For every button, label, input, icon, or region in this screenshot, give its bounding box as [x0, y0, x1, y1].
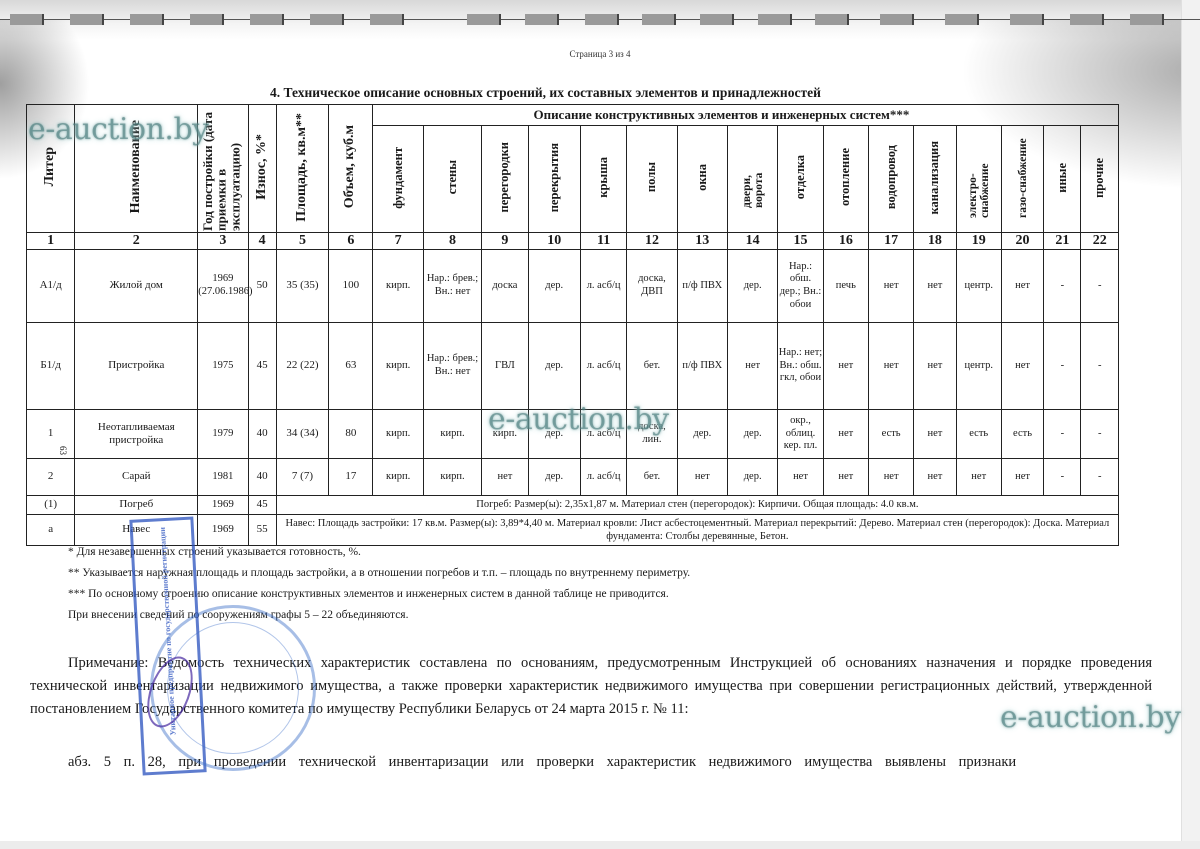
table-row: А1/дЖилой дом1969 (27.06.1986)50 35 (35)… [27, 250, 1119, 323]
col-header-electricity: электро-снабжение [956, 126, 1001, 233]
merged-description: Навес: Площадь застройки: 17 кв.м. Разме… [276, 515, 1118, 546]
col-header-doors: двери, ворота [727, 126, 777, 233]
page-edge-bottom [0, 841, 1200, 849]
watermark: e-auction.by [488, 402, 669, 437]
side-mark: 63 [58, 446, 68, 455]
page-edge-right [1181, 0, 1200, 849]
col-header-gas: газо-снабжение [1001, 126, 1043, 233]
col-header-heating: отопление [823, 126, 868, 233]
document-title: 4. Техническое описание основных строени… [270, 85, 821, 101]
table-row: 2Сарай198140 7 (7)17кирп.кирп. нетдер.л.… [27, 459, 1119, 496]
col-header-foundation: фундамент [373, 126, 423, 233]
col-header-wear: Износ, %* [248, 105, 276, 233]
page-number: Страница 3 из 4 [0, 49, 1200, 59]
col-header-walls: стены [423, 126, 481, 233]
col-header-sewerage: канализация [914, 126, 956, 233]
col-header-water: водопровод [868, 126, 913, 233]
technical-description-table: Литер Наименование Год постройки (дата п… [26, 104, 1119, 546]
col-header-other: иные [1044, 126, 1081, 233]
col-header-windows: окна [677, 126, 727, 233]
col-header-roof: крыша [580, 126, 626, 233]
col-header-misc: прочие [1081, 126, 1119, 233]
table-row-merged: (1)Погреб 196945 Погреб: Размер(ы): 2,35… [27, 496, 1119, 515]
watermark: e-auction.by [1000, 700, 1181, 735]
col-header-partitions: перегородки [482, 126, 528, 233]
col-header-floors-ceilings: перекрытия [528, 126, 580, 233]
col-header-area: Площадь, кв.м** [276, 105, 328, 233]
binder-holes [0, 10, 1200, 26]
merged-description: Погреб: Размер(ы): 2,35x1,87 м. Материал… [276, 496, 1118, 515]
watermark: e-auction.by [28, 112, 209, 147]
col-header-finishing: отделка [778, 126, 823, 233]
column-numbers-row: 1234 5678 9101112 13141516 17181920 2122 [27, 233, 1119, 250]
col-header-floors: полы [627, 126, 677, 233]
table-row: Б1/дПристройка197545 22 (22)63кирп.Нар.:… [27, 323, 1119, 410]
group-header: Описание конструктивных элементов и инже… [373, 105, 1119, 126]
col-header-volume: Объем, куб.м [329, 105, 373, 233]
